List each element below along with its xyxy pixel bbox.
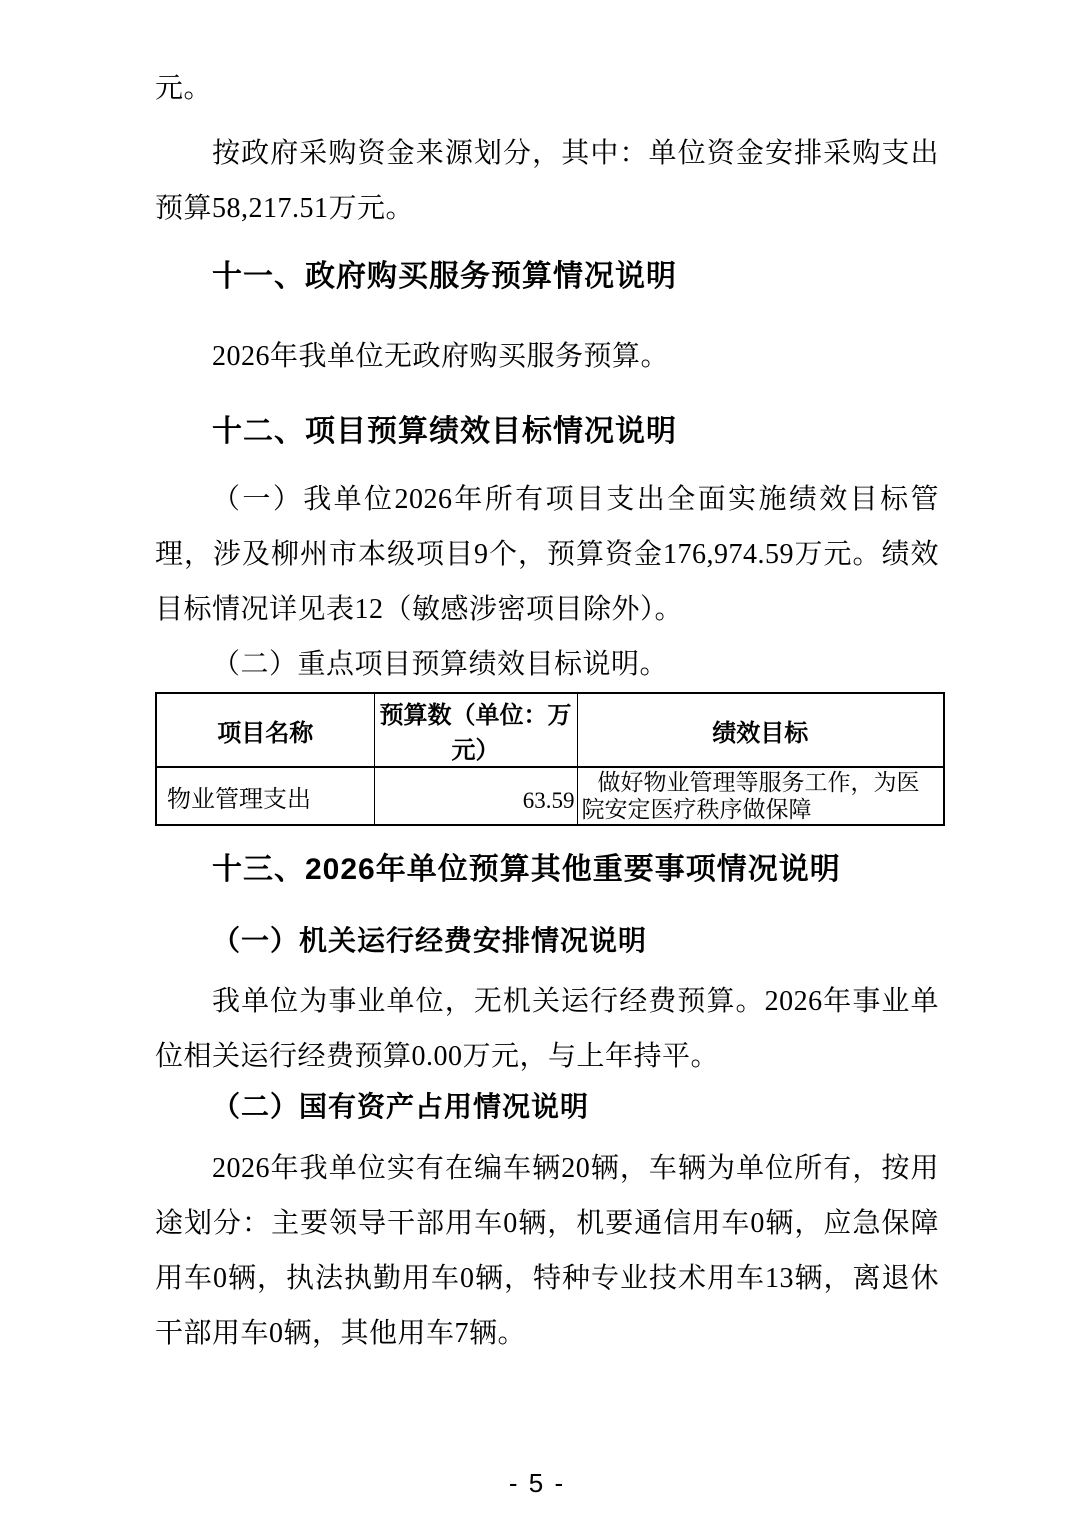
- header-budget: 预算数（单位：万元）: [374, 693, 577, 767]
- table-row: 物业管理支出 63.59 做好物业管理等服务工作，为医院安定医疗秩序做保障: [156, 767, 944, 825]
- performance-table-header: 项目名称 预算数（单位：万元） 绩效目标: [156, 693, 944, 767]
- page-number: - 5 -: [0, 1468, 1074, 1499]
- budget-amount-cell: 63.59: [374, 767, 577, 825]
- header-project-name: 项目名称: [156, 693, 374, 767]
- section-11-heading: 十一、政府购买服务预算情况说明: [155, 255, 939, 299]
- carryover-paragraph: 元。: [155, 61, 939, 116]
- procurement-funding-paragraph: 按政府采购资金来源划分，其中：单位资金安排采购支出预算58,217.51万元。: [155, 126, 939, 236]
- subsection-2-paragraph: 2026年我单位实有在编车辆20辆，车辆为单位所有，按用途划分：主要领导干部用车…: [155, 1141, 939, 1361]
- section-12-paragraph-1: （一）我单位2026年所有项目支出全面实施绩效目标管理，涉及柳州市本级项目9个，…: [155, 472, 939, 637]
- section-11-paragraph: 2026年我单位无政府购买服务预算。: [155, 329, 939, 384]
- subsection-1-paragraph: 我单位为事业单位，无机关运行经费预算。2026年事业单位相关运行经费预算0.00…: [155, 974, 939, 1084]
- section-13-heading: 十三、2026年单位预算其他重要事项情况说明: [155, 848, 939, 892]
- performance-target-table: 项目名称 预算数（单位：万元） 绩效目标 物业管理支出 63.59 做好物业管理…: [155, 692, 945, 826]
- subsection-2-heading: （二）国有资产占用情况说明: [155, 1086, 939, 1130]
- table-header-row: 项目名称 预算数（单位：万元） 绩效目标: [156, 693, 944, 767]
- project-name-cell: 物业管理支出: [156, 767, 374, 825]
- header-performance-target: 绩效目标: [577, 693, 944, 767]
- section-12-paragraph-2: （二）重点项目预算绩效目标说明。: [155, 637, 939, 692]
- section-12-heading: 十二、项目预算绩效目标情况说明: [155, 410, 939, 454]
- document-page-content: 元。 按政府采购资金来源划分，其中：单位资金安排采购支出预算58,217.51万…: [155, 0, 939, 1361]
- performance-target-cell: 做好物业管理等服务工作，为医院安定医疗秩序做保障: [577, 767, 944, 825]
- subsection-1-heading: （一）机关运行经费安排情况说明: [155, 920, 939, 964]
